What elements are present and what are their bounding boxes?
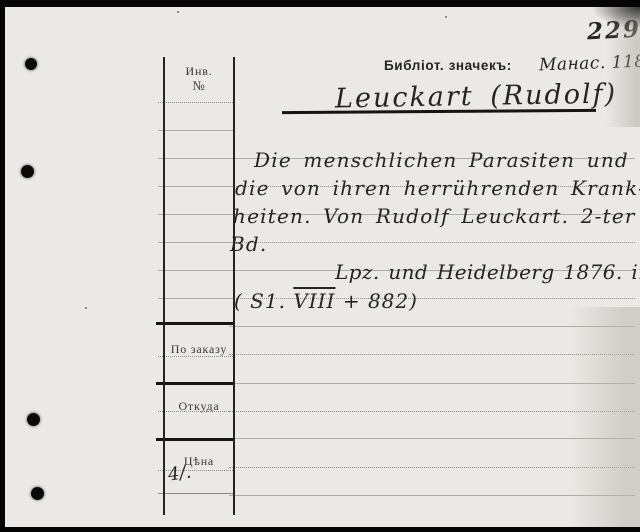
ruled-line xyxy=(229,495,635,496)
ruled-line xyxy=(158,130,233,131)
imprint-line: Lpz. und Heidelberg 1876. in 8. xyxy=(335,260,640,284)
page-number: 229 xyxy=(586,16,640,46)
scan-shadow-right xyxy=(570,307,640,527)
punch-hole xyxy=(27,413,40,426)
ruled-line xyxy=(229,354,635,355)
ruled-line xyxy=(158,493,233,494)
collation-suffix: + 882) xyxy=(335,289,417,313)
ruled-line xyxy=(158,158,233,159)
ruled-line xyxy=(229,438,635,439)
ruled-line xyxy=(158,214,233,215)
ruled-line xyxy=(229,383,635,384)
card-paper: 229 Библіот. значекъ: Манас. 11853. Leuc… xyxy=(5,7,640,527)
ruled-line xyxy=(229,326,635,327)
punch-hole xyxy=(21,165,34,178)
dust-speck xyxy=(85,307,87,309)
dust-speck xyxy=(177,11,179,13)
ruled-line xyxy=(156,438,235,441)
title-line: Die menschlichen Parasiten und xyxy=(254,148,629,172)
punch-hole xyxy=(25,58,37,70)
collation-line: ( S1. VIII + 882) xyxy=(234,289,418,313)
ruled-line xyxy=(158,186,233,187)
ruled-line xyxy=(229,411,635,412)
punch-hole xyxy=(31,487,44,500)
table-vertical-line-left xyxy=(163,57,165,515)
collation-roman-numeral: VIII xyxy=(293,289,335,313)
title-line: die von ihren herrührenden Krank- xyxy=(235,176,640,200)
table-vertical-line-right xyxy=(233,57,235,515)
ruled-line xyxy=(158,242,233,243)
ruled-line xyxy=(229,242,635,243)
scanned-catalog-card: 229 Библіот. значекъ: Манас. 11853. Leuc… xyxy=(0,0,640,532)
ruled-line xyxy=(158,102,233,103)
stamp-label: Библіот. значекъ: xyxy=(384,58,512,73)
title-line: Bd. xyxy=(230,232,267,256)
stamp-value: Манас. 11853. xyxy=(539,51,640,76)
order-label: По заказу xyxy=(164,342,234,357)
price-value: 4/. xyxy=(167,461,193,485)
inventory-number-sign: № xyxy=(164,78,234,94)
author-underline xyxy=(282,109,596,114)
ruled-line xyxy=(158,270,233,271)
collation-prefix: ( S1. xyxy=(234,289,293,313)
title-line: heiten. Von Rudolf Leuckart. 2-ter xyxy=(233,204,636,228)
dust-speck xyxy=(445,16,447,18)
ruled-line xyxy=(156,322,235,325)
inventory-number-label: Инв. xyxy=(164,64,234,79)
ruled-line xyxy=(156,382,235,385)
ruled-line xyxy=(229,467,635,468)
origin-label: Откуда xyxy=(164,399,234,414)
ruled-line xyxy=(158,298,233,299)
